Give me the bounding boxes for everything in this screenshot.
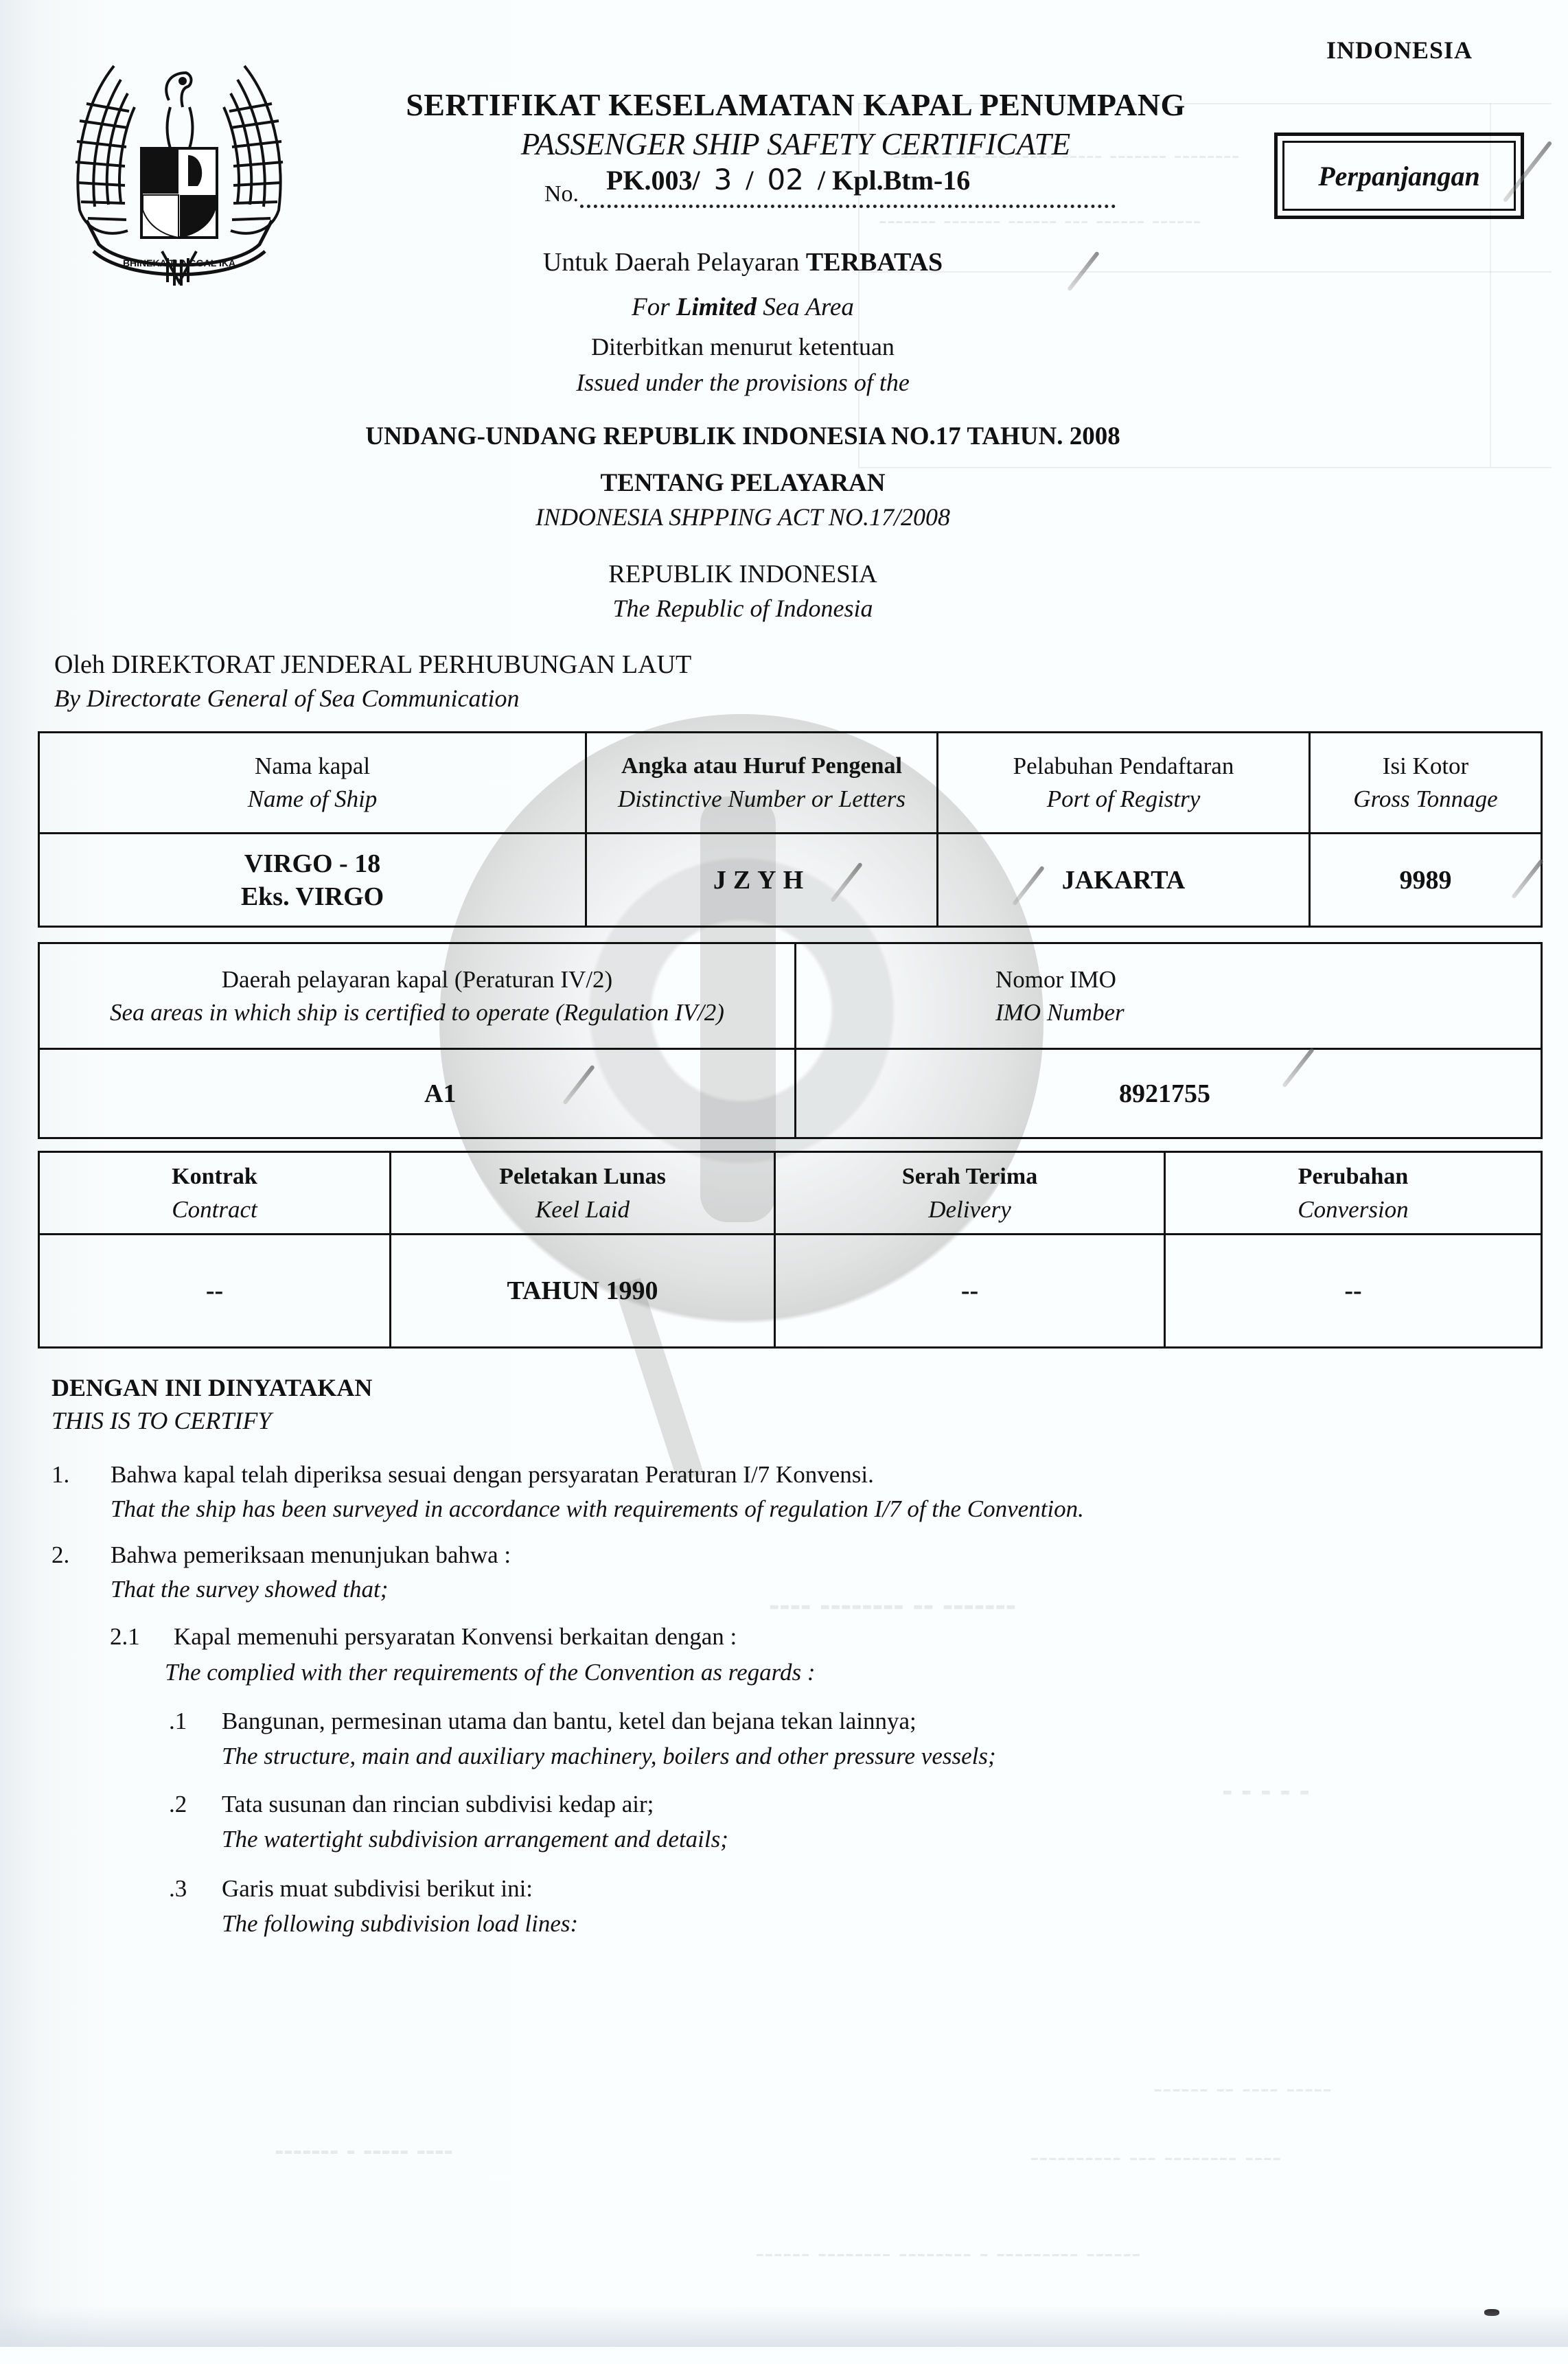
column-header: PerubahanConversion: [1165, 1152, 1542, 1235]
bleed-through-text: ----- ---- -- ------: [1153, 2074, 1332, 2104]
handwritten-number: 02: [768, 163, 804, 196]
issued-under-en: Issued under the provisions of the: [0, 368, 1527, 397]
certificate-number-value: PK.003/ 3 / 02 / Kpl.Btm-16: [606, 163, 970, 197]
bleed-through-text: ------ --------- - -------- -------- ---…: [755, 2238, 1141, 2269]
certify-heading-en: THIS IS TO CERTIFY: [51, 1406, 271, 1435]
issued-under-id: Diterbitkan menurut ketentuan: [0, 332, 1527, 361]
column-header: Nama kapalName of Ship: [39, 733, 586, 834]
port-cell: JAKARTA: [938, 834, 1310, 927]
bleed-through-text: ------- -- -------- ----: [769, 1586, 1016, 1623]
sea-area-table: Daerah pelayaran kapal (Peraturan IV/2)S…: [38, 942, 1543, 1139]
country-header-cut: REPUBLIK INDONESIA: [1326, 7, 1568, 65]
law-subject: TENTANG PELAYARAN: [0, 468, 1527, 498]
sea-area-cell: A1: [39, 1049, 796, 1138]
gross-tonnage: 9989: [1316, 864, 1535, 897]
ink-speck: [1484, 2309, 1499, 2316]
column-header: Angka atau Huruf PengenalDistinctive Num…: [586, 733, 938, 834]
column-header: Serah TerimaDelivery: [775, 1152, 1165, 1235]
issuer-id: Oleh DIREKTORAT JENDERAL PERHUBUNGAN LAU…: [54, 650, 691, 680]
ship-name-cell: VIRGO - 18Eks. VIRGO: [39, 834, 586, 927]
bleed-through-text: ---- ----- - -------: [275, 2135, 453, 2166]
certify-heading-id: DENGAN INI DINYATAKAN: [51, 1373, 372, 1402]
certificate-number: No. PK.003/ 3 / 02 / Kpl.Btm-16: [544, 163, 1149, 211]
title-english: PASSENGER SHIP SAFETY CERTIFICATE: [377, 126, 1214, 162]
table-header-row: Daerah pelayaran kapal (Peraturan IV/2)S…: [39, 943, 1542, 1049]
column-header: Isi KotorGross Tonnage: [1310, 733, 1542, 834]
sea-area-restriction-id: Untuk Daerah Pelayaran TERBATAS: [0, 247, 1527, 277]
table-header-row: KontrakContract Peletakan LunasKeel Laid…: [39, 1152, 1542, 1235]
table-row: VIRGO - 18Eks. VIRGO JZYH JAKARTA 9989: [39, 834, 1542, 927]
port-of-registry: JAKARTA: [944, 864, 1303, 897]
column-header: Daerah pelayaran kapal (Peraturan IV/2)S…: [39, 943, 796, 1049]
title-indonesian: SERTIFIKAT KESELAMATAN KAPAL PENUMPANG: [377, 87, 1214, 123]
imo-number: 8921755: [1119, 1077, 1535, 1110]
distinctive-letters-cell: JZYH: [586, 834, 938, 927]
column-header: Pelabuhan PendaftaranPort of Registry: [938, 733, 1310, 834]
delivery-date: --: [781, 1274, 1158, 1307]
law-english: INDONESIA SHPPING ACT NO.17/2008: [0, 503, 1527, 531]
sea-area: A1: [424, 1077, 789, 1110]
sea-area-restriction-en: For Limited Sea Area: [0, 292, 1527, 322]
conversion-cell: --: [1165, 1235, 1542, 1348]
law-title: UNDANG-UNDANG REPUBLIK INDONESIA NO.17 T…: [0, 422, 1527, 451]
column-header: Nomor IMOIMO Number: [796, 943, 1542, 1049]
keel-laid-date: TAHUN 1990: [397, 1274, 768, 1307]
ship-details-table: Nama kapalName of Ship Angka atau Huruf …: [38, 731, 1543, 928]
bleed-through-text: - - - - -: [1222, 1771, 1310, 1809]
table-header-row: Nama kapalName of Ship Angka atau Huruf …: [39, 733, 1542, 834]
republic-id: REPUBLIK INDONESIA: [0, 560, 1527, 589]
column-header: KontrakContract: [39, 1152, 391, 1235]
distinctive-letters: JZYH: [592, 864, 931, 897]
keel-laid-cell: TAHUN 1990: [391, 1235, 775, 1348]
table-row: A1 8921755: [39, 1049, 1542, 1138]
issuer-en: By Directorate General of Sea Communicat…: [54, 684, 520, 713]
certificate-page: -------- ------- ----- ---- ----- ------…: [0, 0, 1568, 2347]
ship-name: VIRGO - 18: [45, 847, 579, 880]
contract-cell: --: [39, 1235, 391, 1348]
republic-en: The Republic of Indonesia: [0, 594, 1527, 623]
handwritten-number: 3: [714, 163, 733, 196]
bleed-through-text: ---- -------- --- ----------: [1030, 2142, 1281, 2173]
conversion-date: --: [1171, 1274, 1535, 1307]
delivery-cell: --: [775, 1235, 1165, 1348]
ship-former-name: Eks. VIRGO: [45, 880, 579, 913]
status-badge: Perpanjangan: [1274, 133, 1524, 219]
tonnage-cell: 9989: [1310, 834, 1542, 927]
certificate-number-label: No.: [544, 181, 579, 207]
imo-cell: 8921755: [796, 1049, 1542, 1138]
column-header: Peletakan LunasKeel Laid: [391, 1152, 775, 1235]
construction-dates-table: KontrakContract Peletakan LunasKeel Laid…: [38, 1151, 1543, 1349]
table-row: -- TAHUN 1990 -- --: [39, 1235, 1542, 1348]
status-badge-label: Perpanjangan: [1282, 141, 1516, 211]
contract-date: --: [45, 1274, 384, 1307]
